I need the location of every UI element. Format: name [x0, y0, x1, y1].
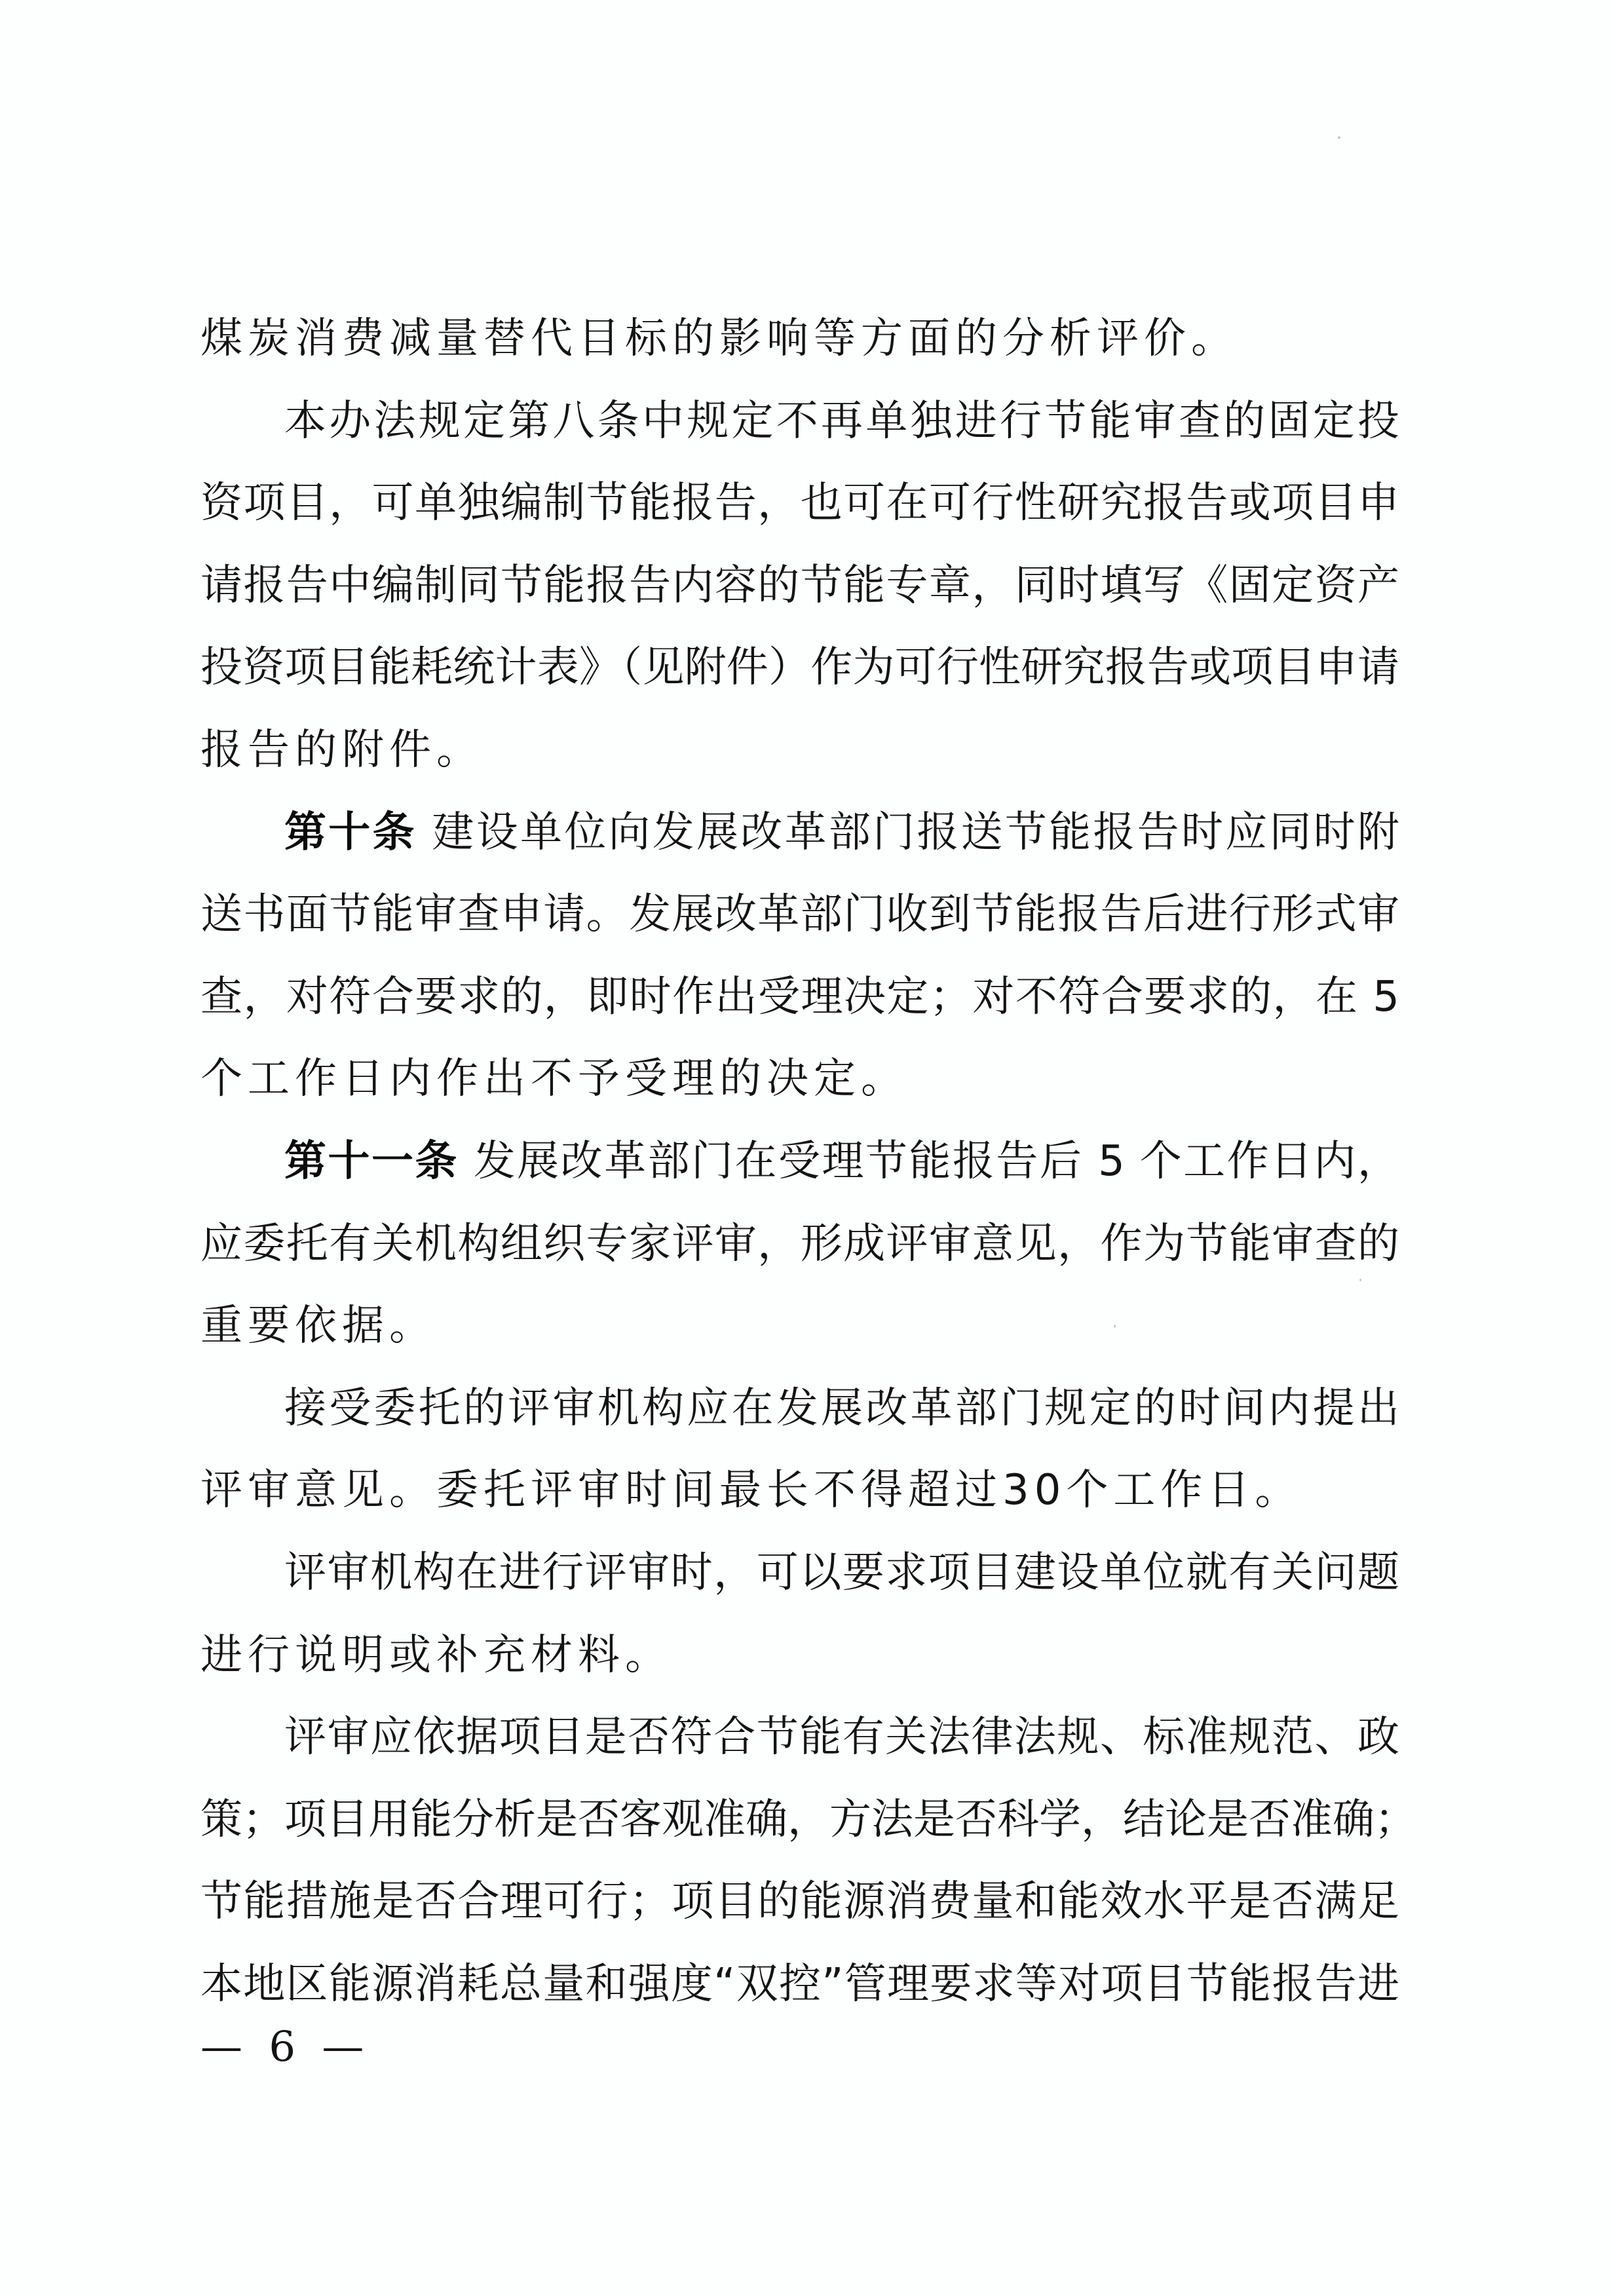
article-heading: 第十条 — [284, 808, 417, 857]
text-line: 进行说明或补充材料。 — [200, 1615, 1399, 1697]
text-line: 资项目，可单独编制节能报告，也可在可行性研究报告或项目申 — [200, 462, 1399, 545]
article-11-line: 第十一条 发展改革部门在受理节能报告后 5 个工作日内， — [200, 1121, 1399, 1203]
text-line: 查，对符合要求的，即时作出受理决定；对不符合要求的，在 5 — [200, 956, 1399, 1039]
text-line: 节能措施是否合理可行；项目的能源消费量和能效水平是否满足 — [200, 1861, 1399, 1944]
article-text: 发展改革部门在受理节能报告后 5 个工作日内， — [459, 1137, 1399, 1186]
text-line: 评审意见。委托评审时间最长不得超过30个工作日。 — [200, 1450, 1399, 1532]
scan-speck — [1114, 1325, 1116, 1328]
article-heading: 第十一条 — [284, 1137, 459, 1186]
document-page: 煤炭消费减量替代目标的影响等方面的分析评价。 本办法规定第八条中规定不再单独进行… — [0, 0, 1611, 2296]
text-line: 策；项目用能分析是否客观准确，方法是否科学，结论是否准确； — [200, 1779, 1399, 1862]
text-line: 个工作日内作出不予受理的决定。 — [200, 1038, 1399, 1121]
scan-speck — [1359, 1279, 1361, 1281]
text-line: 报告的附件。 — [200, 709, 1399, 792]
scan-speck — [1338, 136, 1340, 139]
page-number: — 6 — — [200, 2021, 370, 2073]
text-line: 接受委托的评审机构应在发展改革部门规定的时间内提出 — [200, 1368, 1399, 1450]
text-line: 请报告中编制同节能报告内容的节能专章，同时填写《固定资产 — [200, 545, 1399, 628]
body-text: 煤炭消费减量替代目标的影响等方面的分析评价。 本办法规定第八条中规定不再单独进行… — [200, 298, 1399, 2025]
text-line: 本地区能源消耗总量和强度“双控”管理要求等对项目节能报告进 — [200, 1944, 1399, 2026]
text-line: 投资项目能耗统计表》（见附件）作为可行性研究报告或项目申请 — [200, 627, 1399, 709]
article-10-line: 第十条 建设单位向发展改革部门报送节能报告时应同时附 — [200, 792, 1399, 875]
text-line: 重要依据。 — [200, 1285, 1399, 1368]
text-line: 应委托有关机构组织专家评审，形成评审意见，作为节能审查的 — [200, 1203, 1399, 1286]
text-line: 煤炭消费减量替代目标的影响等方面的分析评价。 — [200, 298, 1399, 381]
text-line: 评审机构在进行评审时，可以要求项目建设单位就有关问题 — [200, 1532, 1399, 1615]
text-line: 送书面节能审查申请。发展改革部门收到节能报告后进行形式审 — [200, 874, 1399, 956]
text-line: 评审应依据项目是否符合节能有关法律法规、标准规范、政 — [200, 1697, 1399, 1779]
text-line: 本办法规定第八条中规定不再单独进行节能审查的固定投 — [200, 381, 1399, 463]
article-text: 建设单位向发展改革部门报送节能报告时应同时附 — [417, 808, 1399, 857]
